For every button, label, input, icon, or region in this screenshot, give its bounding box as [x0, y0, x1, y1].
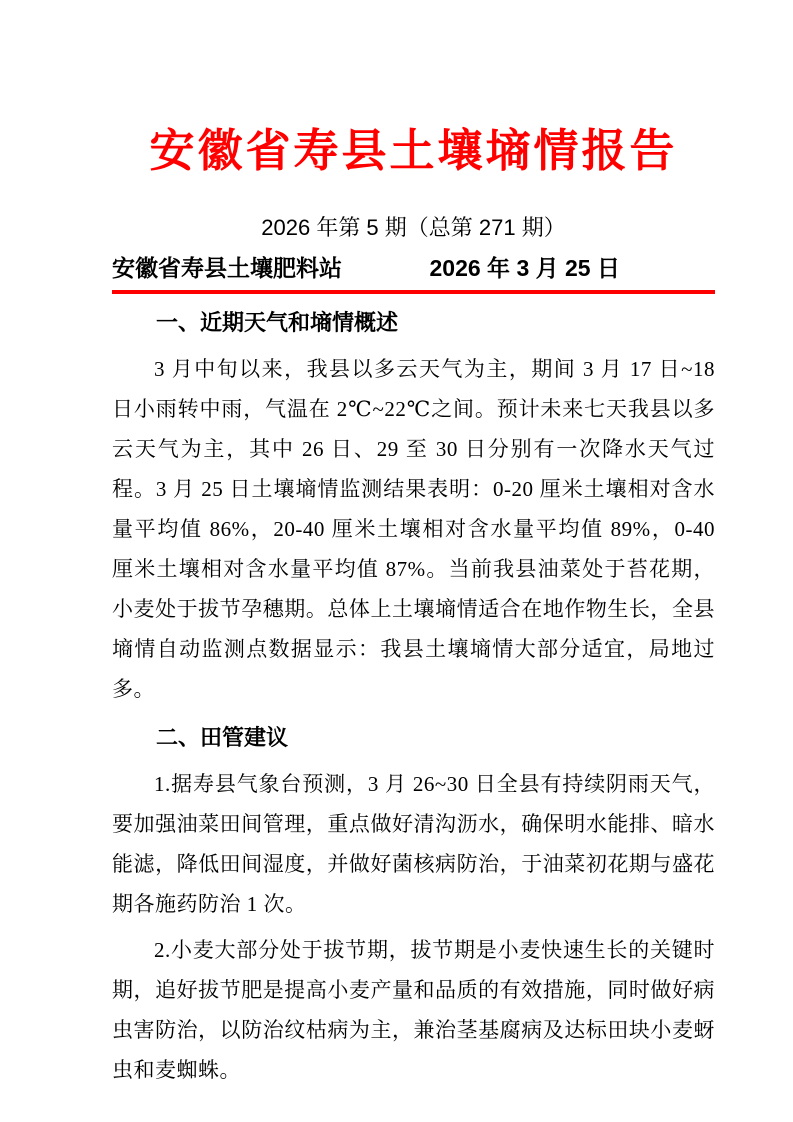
document-page: 安徽省寿县土壤墒情报告 2026 年第 5 期（总第 271 期） 安徽省寿县土…	[0, 0, 793, 1122]
byline-row: 安徽省寿县土壤肥料站 2026 年 3 月 25 日	[112, 248, 715, 288]
section-1-heading: 一、近期天气和墒情概述	[112, 303, 715, 343]
section-field-management-advice: 二、田管建议 1.据寿县气象台预测，3 月 26~30 日全县有持续阴雨天气，要…	[112, 718, 715, 1090]
section-1-paragraph-1: 3 月中旬以来，我县以多云天气为主，期间 3 月 17 日~18 日小雨转中雨，…	[112, 349, 715, 709]
issue-number-line: 2026 年第 5 期（总第 271 期）	[112, 208, 715, 248]
publisher-name: 安徽省寿县土壤肥料站	[112, 248, 342, 288]
document-title: 安徽省寿县土壤墒情报告	[112, 120, 715, 182]
section-2-paragraph-2: 2.小麦大部分处于拔节期，拔节期是小麦快速生长的关键时期，追好拔节肥是提高小麦产…	[112, 930, 715, 1090]
section-2-heading: 二、田管建议	[112, 718, 715, 758]
section-2-paragraph-1: 1.据寿县气象台预测，3 月 26~30 日全县有持续阴雨天气，要加强油菜田间管…	[112, 764, 715, 924]
section-weather-and-moisture-overview: 一、近期天气和墒情概述 3 月中旬以来，我县以多云天气为主，期间 3 月 17 …	[112, 303, 715, 709]
publish-date: 2026 年 3 月 25 日	[430, 248, 621, 288]
red-divider-rule	[112, 290, 715, 294]
